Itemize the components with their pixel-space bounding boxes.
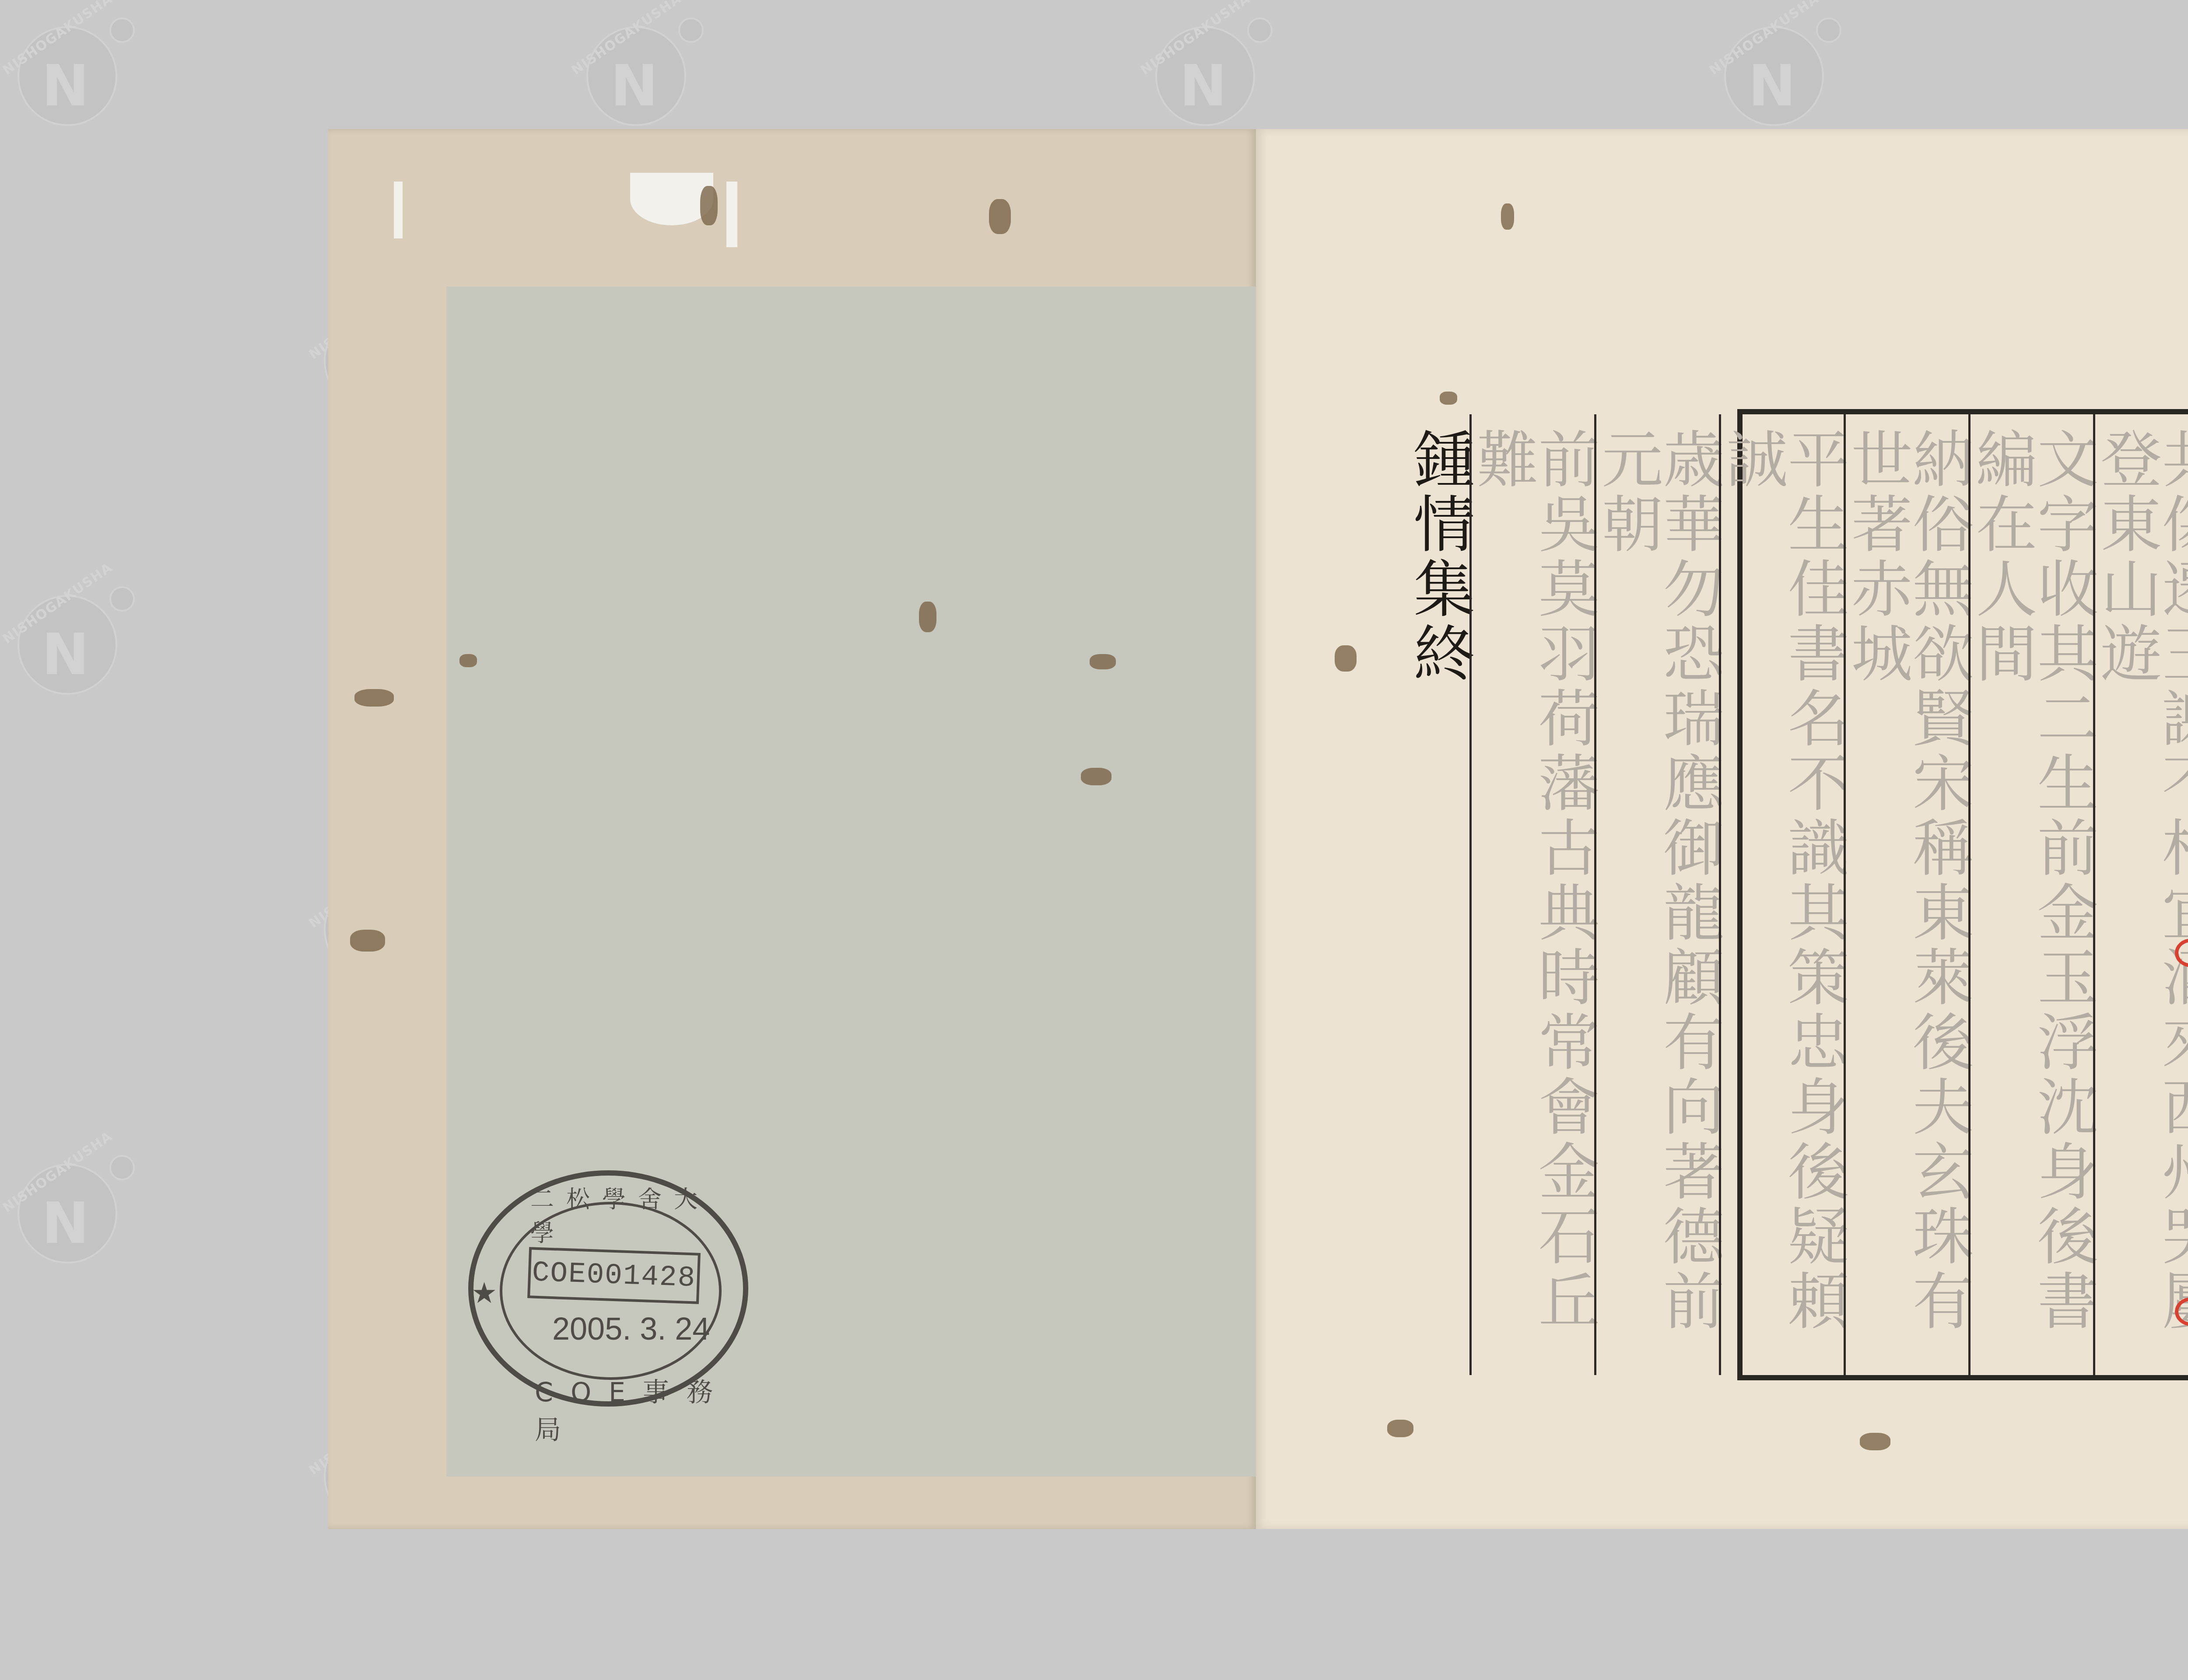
printed-text-frame: 妙年經國志已出古人賢眼過書千巻業餘詩百篇才毫名豈滅金石響猶連非是揚雄草遂令楠子傳… (1737, 409, 2188, 1380)
text-column: 歳華勿恐瑞應御龍顧有向著德前元朝 (1594, 414, 1719, 1375)
column-text: 鍾情集終 (1408, 414, 1469, 1375)
text-column: 前吳莫羽荷藩古典時常會金石丘難 (1469, 414, 1594, 1375)
worm-damage (459, 654, 477, 667)
column-text: 平生佳書名不識其策忠身後疑頼誠 (1721, 414, 1844, 1375)
left-page-endpaper: 二松學舍大學 ★ COE001428 2005. 3. 24 COE事務局 (328, 129, 1256, 1529)
nishogakusha-logo-icon: NNISHOGAKUSHA (0, 1137, 131, 1269)
nishogakusha-logo-icon: NNISHOGAKUSHA (1707, 0, 1838, 131)
text-column: 平生佳書名不識其策忠身後疑頼誠 (1719, 414, 1844, 1375)
right-page-text: 妙年經國志已出古人賢眼過書千巻業餘詩百篇才毫名豈滅金石響猶連非是揚雄草遂令楠子傳… (1256, 129, 2188, 1529)
paper-repair-patch (726, 182, 737, 247)
nishogakusha-logo-icon: NNISHOGAKUSHA (0, 569, 131, 700)
text-columns: 妙年經國志已出古人賢眼過書千巻業餘詩百篇才毫名豈滅金石響猶連非是揚雄草遂令楠子傳… (1743, 414, 2188, 1375)
nishogakusha-logo-icon: NNISHOGAKUSHA (0, 0, 131, 131)
worm-damage (1440, 392, 1457, 405)
column-text: 歳華勿恐瑞應御龍顧有向著德前元朝 (1596, 414, 1719, 1375)
worm-damage (989, 199, 1011, 234)
worm-damage (1081, 768, 1112, 785)
stamp-catalog-number: COE001428 (527, 1247, 701, 1304)
paper-repair-patch (394, 182, 403, 238)
stamp-office-text: COE事務局 (535, 1372, 743, 1447)
column-text: 納俗無欲賢宋稱東萊後夫玄珠有世著赤城 (1846, 414, 1968, 1375)
worm-damage (1501, 203, 1514, 230)
worm-damage (354, 689, 394, 707)
text-column: 納俗無欲賢宋稱東萊後夫玄珠有世著赤城 (1844, 414, 1968, 1375)
column-text: 共傷遷王謝不相宜酒來西州哭屢登東山遊 (2095, 414, 2188, 1375)
worm-damage (700, 186, 718, 225)
stamp-date: 2005. 3. 24 (552, 1311, 710, 1347)
worm-damage (1387, 1420, 1413, 1437)
worm-damage (1090, 654, 1116, 669)
worm-damage (350, 930, 385, 952)
text-column: 共傷遷王謝不相宜酒來西州哭屢登東山遊 (2093, 414, 2188, 1375)
open-book: 二松學舍大學 ★ COE001428 2005. 3. 24 COE事務局 妙年… (328, 129, 2188, 1529)
star-icon: ★ (471, 1276, 497, 1310)
stamp-institution-text: 二松學舍大學 (530, 1181, 743, 1248)
library-ownership-stamp: 二松學舍大學 ★ COE001428 2005. 3. 24 COE事務局 (468, 1170, 748, 1407)
column-text: 文字收其二生前金玉浮沈身後書編在人間 (1971, 414, 2093, 1375)
nishogakusha-logo-icon: NNISHOGAKUSHA (569, 0, 700, 131)
column-text: 前吳莫羽荷藩古典時常會金石丘難 (1472, 414, 1594, 1375)
closing-title-column: 鍾情集終 (1408, 414, 1469, 1375)
worm-damage (1860, 1433, 1890, 1450)
worm-damage (919, 602, 936, 632)
nishogakusha-logo-icon: NNISHOGAKUSHA (1138, 0, 1269, 131)
worm-damage (1335, 645, 1357, 672)
text-column: 文字收其二生前金玉浮沈身後書編在人間 (1968, 414, 2093, 1375)
